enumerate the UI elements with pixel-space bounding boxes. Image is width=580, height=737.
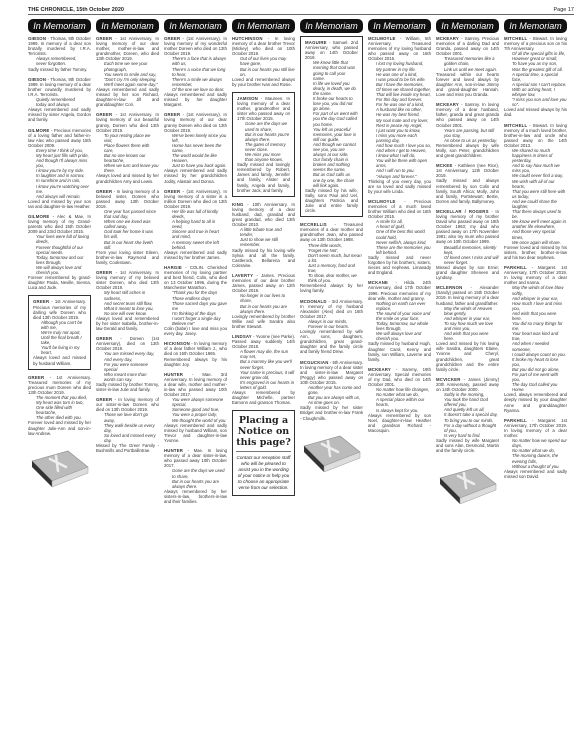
verse-line: A memory sweet she left behind.	[164, 240, 227, 250]
verse-line: And we could share the laughter,	[504, 199, 567, 209]
verse-line: It doesn't take a special day,	[436, 412, 499, 417]
verse-line: But as God calls us one by one, the chai…	[305, 172, 358, 187]
in-memoriam-banner: In Memoriam	[504, 19, 567, 33]
verse-line: May the winds of Heaven blow gently,	[436, 306, 499, 316]
memoriam-notice: PARKHILL - Margaret. 1st Anniversary, 17…	[504, 265, 567, 413]
verse-line: When we turn and leave you there.	[96, 163, 159, 173]
notice-closing: Always loved and missed by her grandchil…	[96, 173, 159, 183]
verse-line: When one we loved was called away,	[96, 219, 159, 229]
notice-closing: From your loving sister Eileen, brother-…	[96, 250, 159, 265]
memoriam-notice: JAMISON - Maureen. In loving memory of a…	[232, 92, 295, 197]
notice-closing: Sadly missed by wife Margaret and sons A…	[436, 438, 499, 453]
in-memoriam-banner: In Memoriam	[436, 19, 499, 33]
verse-line: And wish that you were here.	[504, 311, 567, 321]
notice-closing: Sadly missed by her sister Bridget and b…	[300, 405, 363, 420]
memoriam-notice: GREER - In loving memory of our sister-i…	[96, 397, 159, 453]
memoriam-notice: HARGIE - COLIN. Cherished memories of my…	[164, 265, 227, 336]
notice-verse: There's a face that is always with us,Th…	[164, 56, 227, 92]
notice-closing: Thinking of you every day, you are so lo…	[368, 179, 431, 194]
notice-closing: Sadly missed by his wife, Sally, sons Pa…	[305, 188, 358, 213]
notice-closing: Always remembered and sadly missed son D…	[504, 469, 567, 479]
notice-closing: Sadly missed by his loving wife Sylvia a…	[232, 248, 295, 268]
verse-line: And secret tears still flow,	[96, 301, 159, 306]
memoriam-notice: MCKEE - Kathleen (nee Rice), 1st Anniver…	[436, 163, 499, 204]
verse-line: For part of me went with you,	[504, 372, 567, 382]
verse-line: I know you're watching over me.	[28, 184, 91, 194]
notice-closing: Sadly missed and never forgotten by his …	[368, 255, 431, 275]
notice-closing: Sadly missed by husband Hugh, daughter C…	[368, 341, 431, 361]
memoriam-notice: GREER - (1st Anniversary). In loving mem…	[164, 36, 227, 107]
verse-line: The day God called you Home.	[504, 382, 567, 392]
verse-line: For a day without a thought of you,	[436, 423, 499, 433]
verse-line: In life we loved you dearly, in death, w…	[305, 81, 358, 96]
notice-verse: Those we love don't go away,They walk be…	[96, 412, 159, 443]
memoriam-notice: GREER - (1st Anniversary). In loving mem…	[164, 112, 227, 183]
notice-verse: A little tribute true and tender,Just to…	[232, 227, 295, 247]
notice-verse: Always in our minds,Forever in our heart…	[300, 319, 363, 329]
notice-closing: Loved and missed always by his dad.	[504, 107, 567, 117]
verse-line: Who meant more than words can say.	[96, 372, 159, 382]
notice-verse: No matter how we spend our days,No matte…	[504, 438, 567, 469]
column-4: In Memoriam HUTCHINSON - In loving memor…	[232, 19, 295, 517]
verse-line: You did so many things for me,	[504, 321, 567, 331]
notice-closing: Sadly missed by brother Tommy, sister-in…	[96, 382, 159, 392]
notice-verse: I lost my loving husband,My partner in m…	[368, 61, 431, 178]
verse-line: Beautiful memories, silently kept,	[436, 245, 499, 255]
notice-verse: Three little words,'Forget me Not',Don't…	[300, 243, 363, 284]
verse-line: And to say how much we miss you,	[504, 163, 567, 173]
notice-closing: Always remembered by her sisters-in-law,…	[164, 489, 227, 504]
notice-closing: Colin (babe) I love and miss you every d…	[164, 326, 227, 336]
verse-line: Of loved ones I miss and will never forg…	[436, 255, 499, 265]
verse-line: Just to show we still remember.	[232, 237, 295, 247]
in-memoriam-banner: In Memoriam	[96, 19, 159, 33]
notice-verse: A smile for all,A heart of gold,One of t…	[368, 219, 431, 255]
verse-line: Years are passing, but still you stay,	[436, 128, 499, 138]
page-number: Page 17	[554, 7, 575, 13]
verse-line: Without a thought of you.	[504, 464, 567, 469]
verse-line: You were always someone special,	[164, 397, 227, 407]
memoriam-columns: In Memoriam GIBSON - Thomas, 9th October…	[28, 19, 576, 517]
bible-cross-icon	[300, 432, 362, 474]
verse-line: And whisper in your ear,	[504, 296, 567, 301]
verse-line: A special place within our hearts,	[368, 397, 431, 407]
verse-line: "I miss you son and love you so".	[504, 97, 567, 107]
verse-line: The world would be like Heaven,	[164, 153, 227, 163]
verse-line: Place flowers there with care,	[96, 143, 159, 153]
verse-line: We miss you more than anyone knows.	[237, 152, 290, 162]
notice-closing: Missed always by son Ernie; grand daught…	[436, 265, 499, 280]
notice-verse: Nothing on earth can ever replace,The so…	[368, 301, 431, 342]
memoriam-notice: LAVERTY - James. Precious memories of ou…	[232, 273, 295, 329]
verse-line: God took her home it was his will,	[96, 229, 159, 239]
notice-closing: Treasured within our hearts forever and …	[436, 72, 499, 97]
verse-line: The gates of memory never close.	[237, 142, 290, 152]
notice-verse: My heart still aches in sadness,And secr…	[96, 290, 159, 315]
notice-verse: Beautiful memories, silently kept,Of lov…	[436, 245, 499, 265]
verse-line: We thought the world of you.	[164, 418, 227, 423]
verse-line: There's a face that is always with us,	[164, 56, 227, 66]
in-memoriam-banner: In Memoriam	[300, 19, 363, 33]
column-2: In Memoriam GREER - 1st Anniversary. In …	[96, 19, 159, 517]
verse-line: How much I love and miss you,	[504, 301, 567, 311]
notice-verse: One year has passed since that sad day,W…	[96, 209, 159, 250]
verse-line: Treasured memories like a golden chain,	[436, 56, 499, 66]
memoriam-notice: PARKHILL - Margaret. 1st Anniversary, 17…	[504, 418, 567, 479]
notice-closing: Always loved and remembered by her siste…	[96, 316, 159, 331]
verse-line: A little tribute true and tender,	[232, 227, 295, 237]
placing-notice-box: Placing a Notice on this page?Contact ou…	[232, 410, 295, 496]
verse-line: Those we love don't go away,	[96, 412, 159, 422]
verse-line: You took the hand God offered you,	[436, 397, 499, 407]
column-5: In Memoriam MAGUIRE - Samuel. 2nd Annive…	[300, 19, 363, 517]
notice-closing: Remembered always by wife Molly, son Pet…	[436, 143, 499, 158]
verse-line: We wish with all of our hearts,	[504, 179, 567, 189]
memoriam-notice: GIBSON - Thomas, 9th October 1989. In lo…	[28, 77, 91, 123]
notice-closing: Sadly missed and lovingly remembered by …	[237, 162, 290, 193]
column-8: In Memoriam MITCHELL - Stewart. In lovin…	[504, 19, 567, 517]
verse-line: And though I'll always miss you,	[28, 158, 91, 168]
notice-closing: Sadly missed by father Tommy.	[28, 67, 91, 72]
verse-line: But in our heart she liveth still.	[96, 240, 159, 250]
memoriam-notice: MCGUCKIAN - 5th Anniversary. In loving m…	[300, 360, 363, 421]
memoriam-notice: GIBSON - Thomas, 9th October 1989. In me…	[28, 36, 91, 72]
column-1: In Memoriam GIBSON - Thomas, 9th October…	[28, 19, 91, 517]
verse-line: And wish that you were here.	[436, 331, 499, 341]
notice-verse: May the winds of love blow softly,And wh…	[504, 285, 567, 392]
verse-line: We once again will share.	[504, 240, 567, 245]
memoriam-notice: HUNTER - Mae. In loving memory of a dear…	[164, 448, 227, 504]
verse-line: Out of our lives you may have gone,	[232, 56, 295, 66]
verse-line: Today, tomorrow, our whole lives through…	[368, 321, 431, 331]
verse-line: Those sacred days you gave me	[164, 301, 227, 311]
column-7: In Memoriam MCKEARY - Sammy. Precious me…	[436, 19, 499, 517]
verse-line: We knew little that morning that God was…	[305, 60, 358, 80]
notice-closing: Lovingly remembered by wife Ann, sons, d…	[300, 329, 363, 354]
verse-line: For you were someone special	[96, 362, 159, 372]
verse-line: One side filled with heartache,	[28, 405, 91, 415]
notice-closing: Missed by The Greer Family - Bushmills a…	[96, 443, 159, 453]
column-6: In Memoriam MCILMOYLE - William, 5th Ann…	[368, 19, 431, 517]
memoriam-notice: MCKEARY - Sammy, 19th Anniversary. Speci…	[368, 367, 431, 433]
verse-line: They walk beside us every day,	[96, 423, 159, 433]
memoriam-notice: LINDSAY - Yvonne (nee Parke). Passed awa…	[232, 334, 295, 405]
memoriam-notice: HUTCHINSON - In loving memory of a dear …	[232, 36, 295, 87]
notice-verse: Gone are the days we used to share,But i…	[237, 121, 290, 162]
verse-line: My heart still aches in sadness,	[96, 290, 159, 300]
memoriam-notice: GREER - 1st Anniversary. Treasured memor…	[28, 375, 91, 436]
verse-line: One of the best this world could hold,	[368, 229, 431, 239]
notice-verse: Out of our lives you may have gone,But i…	[232, 56, 295, 76]
verse-line: My soul mate and my lover,	[368, 118, 431, 123]
verse-line: Gone are the days we used to share,	[164, 468, 227, 478]
masthead: THE CHRONICLE, 15th October 2020 Page 17	[28, 5, 574, 15]
notice-verse: The moment that you died,My heart was to…	[28, 395, 91, 420]
notice-verse: No longer in our lives to share,But in o…	[232, 293, 295, 313]
verse-line: Don't seem much, but mean a lot.	[300, 253, 363, 263]
verse-line: Forever thoughtful of our special needs.	[28, 245, 91, 255]
paper-title: THE CHRONICLE, 15th October 2020	[28, 7, 124, 13]
memoriam-notice: MITCHELL - Stewart. In loving memory of …	[504, 36, 567, 118]
verse-line: To show, dear mother, we think of you.	[300, 273, 363, 283]
notice-verse: Softly in the morning,You took the hand …	[436, 392, 499, 438]
notice-closing: Always remembered by son Noel, daughter-…	[368, 413, 431, 433]
verse-line: But a mammy like you we'll never forget.	[232, 359, 295, 369]
verse-line: Although you can't be with me,	[33, 320, 86, 330]
verse-line: So loved and missed every day.	[96, 433, 159, 443]
notice-closing: Forever remembered by grand-daughter Pau…	[28, 275, 91, 290]
notice-closing: Forever loved and missed by his sisters,…	[504, 245, 567, 260]
verse-line: There's a smile we always remember,	[164, 77, 227, 87]
verse-line: But in our hearts you're always there.	[237, 132, 290, 142]
notice-closing: Always remembered and sadly missed by hu…	[164, 423, 227, 443]
placing-notice-body: Contact our reception staff who will be …	[236, 455, 291, 491]
verse-line: We know we'll meet again in another life…	[504, 219, 567, 229]
notice-body: - In loving memory of my brother David w…	[436, 209, 499, 245]
verse-line: And those very special times,	[504, 229, 567, 239]
notice-verse: May the winds of Heaven blow gently,And …	[436, 306, 499, 342]
verse-line: To your resting place we visit,	[96, 133, 159, 143]
verse-line: Was the greatest gift of all.	[504, 67, 567, 72]
notice-closing: Remembered always by his daughter Joy.	[164, 357, 227, 367]
notice-closing: Always remembered and sadly missed by he…	[164, 92, 227, 107]
verse-line: Rest in peace my Angel,	[368, 123, 431, 128]
verse-line: And when I needed someone,	[504, 341, 567, 351]
verse-line: And though we cannot see you, you are al…	[305, 142, 358, 157]
notice-verse: Quietly rememberedtoday and always.	[28, 97, 91, 107]
verse-line: I lost my loving husband,	[368, 61, 431, 66]
memoriam-notice: MCCRELLIS - Treasured memories of a dear…	[300, 222, 363, 293]
notice-verse: You are missed every day,And every day,F…	[96, 351, 159, 382]
notice-closing: Always remembered by daughter Michelle, …	[232, 390, 295, 405]
memoriam-notice: HUNTER - Mae. 3rd Anniversary. In loving…	[164, 372, 227, 443]
notice-closing: Always remembered and sadly missed by he…	[164, 250, 227, 260]
memoriam-notice: GREER - Doreen (1st Anniversary), died o…	[96, 336, 159, 392]
memoriam-notice: MCKELLAR / ROGERS - In loving memory of …	[436, 209, 499, 280]
verse-line: But no one knows our heartache,	[96, 153, 159, 163]
verse-line: May the winds of love blow softly,	[504, 285, 567, 295]
notice-verse: Gone are the days we used to share,But i…	[164, 468, 227, 488]
verse-line: With an aching heart, I whisper low,	[504, 87, 567, 97]
verse-line: I miss you more each passing day,	[368, 133, 431, 143]
memoriam-notice: MCKANE - Hilda. 24th Anniversary, died 1…	[368, 280, 431, 362]
notice-verse: A flower may die, the sun may set,But a …	[232, 349, 295, 390]
verse-line: It broke our hearts to lose you, you did…	[305, 96, 358, 111]
memoriam-notice: GREER - (1st Anniversary). In loving mem…	[164, 189, 227, 260]
column-3: In Memoriam GREER - (1st Anniversary). I…	[164, 19, 227, 517]
verse-line: But in our hearts you are always there.	[164, 479, 227, 489]
notice-verse: No matter how life changes,No matter wha…	[368, 387, 431, 412]
verse-line: Her life was full of kindly deeds,	[164, 209, 227, 219]
memoriam-notice: GILMORE - Precious memories of a loving …	[28, 128, 91, 210]
memoriam-notice: MAGUIRE - Samuel. 2nd Anniversary, who p…	[300, 36, 363, 217]
notice-verse: "Thank you for the daysThose endless day…	[164, 290, 227, 326]
notice-closing: Always remembered and sadly missed by he…	[96, 87, 159, 107]
bible-cross-icon	[28, 447, 90, 489]
verse-line: To say how much we love and miss you,	[436, 321, 499, 331]
memoriam-notice: GREER - 1st Anniversary. In loving memor…	[96, 270, 159, 331]
verse-line: That there always used to be.	[504, 209, 567, 219]
bible-cross-icon	[436, 464, 498, 506]
memoriam-notice: MCVICKER - James (Jimmy) 20th Anniversar…	[436, 377, 499, 453]
notice-closing: Always remembered and sadly missed by si…	[28, 107, 91, 122]
verse-line: It's engraved in our hearts in letters o…	[232, 380, 295, 390]
verse-line: We could never find a way,	[504, 173, 567, 178]
memoriam-notice: MITCHELL - Stewart. In loving memory of …	[504, 123, 567, 261]
verse-line: You'll be living in my heart.	[33, 345, 86, 355]
verse-line: Your heart was kind and true,	[504, 331, 567, 341]
notice-verse: Her life was full of kindly deeds,A help…	[164, 209, 227, 250]
verse-line: We shared so much happiness in times of …	[504, 148, 567, 163]
in-memoriam-banner: In Memoriam	[368, 19, 431, 33]
notice-closing: Loved, always remembered and deeply miss…	[504, 392, 567, 412]
verse-line: Never selfish, always kind,	[368, 240, 431, 245]
notice-closing: Loved and remembered always by your brot…	[232, 77, 295, 87]
verse-line: Home has never been the same,	[164, 143, 227, 153]
verse-line: Another year has come and gone,	[300, 385, 363, 395]
verse-line: We've been lonely since you left,	[164, 133, 227, 143]
verse-line: Your name is precious, it will never gro…	[232, 370, 295, 380]
memoriam-notice: GREER - 1st Anniversary. Precious memori…	[28, 295, 91, 369]
verse-line: We will always love and cherish you.	[368, 331, 431, 341]
notice-verse: Of all the special gifts in life,However…	[504, 51, 567, 107]
verse-line: But in our hearts you are always there.	[232, 304, 295, 314]
notice-closing: Sadly missed and always remembered by so…	[436, 178, 499, 203]
memoriam-notice: GILMORE - Alec & Mae, In loving memory o…	[28, 214, 91, 290]
verse-line: Your lives were full of loving deeds,	[28, 234, 91, 244]
memoriam-notice: GREER - 1st Anniversary. In loving memor…	[96, 112, 159, 183]
memoriam-notice: KING - 10th Anniversary. In loving memor…	[232, 202, 295, 268]
notice-closing: Forever loved and missed by her daughter…	[28, 420, 91, 435]
verse-line: Until the final breath I take,	[33, 335, 86, 345]
verse-line: Our family chain is broken and nothing s…	[305, 157, 358, 172]
verse-line: One year has passed since that sad day,	[96, 209, 159, 219]
in-memoriam-banner: In Memoriam	[28, 19, 91, 33]
verse-line: A special time, a special face,	[504, 72, 567, 82]
verse-line: You left us peaceful memories, your love…	[305, 127, 358, 142]
verse-line: A helping hand to all in need,	[164, 219, 227, 229]
in-memoriam-banner: In Memoriam	[164, 19, 227, 33]
notice-verse: We knew little that morning that God was…	[305, 60, 358, 187]
notice-closing: Always remembered and sadly missed by he…	[164, 168, 227, 183]
verse-line: That you were still here with us today,	[504, 189, 567, 199]
memoriam-notice: MCKEARY - Sammy. In loving memory of a d…	[436, 102, 499, 158]
notice-verse: We've been lonely since you left,Home ha…	[164, 133, 227, 169]
verse-line: Gone are the days we used to share,	[237, 121, 290, 131]
verse-line: Link us until we meet again.	[436, 67, 499, 72]
verse-line: Just a memory, fond and true,	[300, 263, 363, 273]
notice-verse: To your resting place we visit,Place flo…	[96, 133, 159, 174]
verse-line: You seem to smile and say,	[96, 72, 159, 77]
placing-notice-heading: Placing a Notice on this page?	[236, 415, 291, 452]
verse-line: You are missed every day,	[96, 351, 159, 356]
verse-line: A flower may die, the sun may set,	[232, 349, 295, 359]
verse-line: No matter how we spend our days,	[504, 438, 567, 448]
memoriam-notice: GREER - In loving memory of a beloved si…	[96, 189, 159, 265]
verse-line: You will be there with open arms,	[368, 158, 431, 168]
verse-line: The sound of your voice and the smile on…	[368, 311, 431, 321]
notice-verse: Treasured memories like a golden chain,L…	[436, 56, 499, 71]
notice-verse: Always remembered,never forgotten.	[28, 56, 91, 66]
memoriam-notice: HICKINSON - In loving memory of a dear f…	[164, 341, 227, 366]
memoriam-notice: MCLERNON - Alexander (Sandy) passed on 1…	[436, 285, 499, 372]
memoriam-notice: MCDONALD - 3rd Anniversary. In memory of…	[300, 299, 363, 355]
verse-line: There's a voice that we long to hear,	[164, 67, 227, 77]
memoriam-notice: MCILMOYLE - William, 5th Anniversary. Tr…	[368, 36, 431, 194]
verse-line: For part of us went with you the day God…	[305, 111, 358, 126]
notice-verse: Years are passing, but still you stay,As…	[436, 128, 499, 143]
verse-line: It broke my heart to lose you,	[504, 357, 567, 367]
notice-closing: Always loved and missed by husband Willi…	[33, 355, 86, 365]
notice-closing: Lovingly remembered by brother Willie an…	[232, 314, 295, 329]
memoriam-notice: MCILMOYLE - Precious memories of a much …	[368, 199, 431, 275]
notice-verse: Each time we see your photograph,You see…	[96, 61, 159, 86]
notice-verse: Although you can't be with me,We're trul…	[33, 320, 86, 356]
verse-line: To bring you to our minds,	[436, 418, 499, 423]
notice-closing: Remembered always by her loving family.	[300, 283, 363, 293]
memoriam-notice: MCKEARY - Sammy. Precious memories of a …	[436, 36, 499, 97]
verse-line: Sincere and true in heart and mind,	[164, 229, 227, 239]
notice-verse: You were always someone special,Someone …	[164, 397, 227, 422]
notice-verse: Every time I think of you,My heart just …	[28, 148, 91, 199]
notice-verse: We shared so much happiness in times of …	[504, 148, 567, 245]
verse-line: These are the memories you left behind.	[368, 245, 431, 255]
notice-verse: Your lives were full of loving deeds,For…	[28, 234, 91, 275]
verse-line: Today, tomorrow and our lives through,	[28, 255, 91, 265]
verse-line: But in our hearts you still live on.	[232, 67, 295, 77]
verse-line: The morning dawns, the evening falls,	[504, 453, 567, 463]
verse-line: I could always count on you.	[504, 352, 567, 357]
memoriam-notice: GREER - 1st Anniversary. In loving memor…	[96, 36, 159, 107]
verse-line: We will always love and cherish you.	[28, 265, 91, 275]
verse-line: Each time we see your photograph,	[96, 61, 159, 71]
in-memoriam-banner: In Memoriam	[232, 19, 295, 33]
notice-closing: Loved and missed by your son Ian and dau…	[28, 199, 91, 209]
notice-closing: Loved and missed by his loving wife Sand…	[436, 341, 499, 372]
verse-line: No longer in our lives to share,	[232, 293, 295, 303]
verse-line: Nothing on earth can ever replace,	[368, 301, 431, 311]
notice-verse: Another year has come and gone,But you a…	[300, 385, 363, 405]
